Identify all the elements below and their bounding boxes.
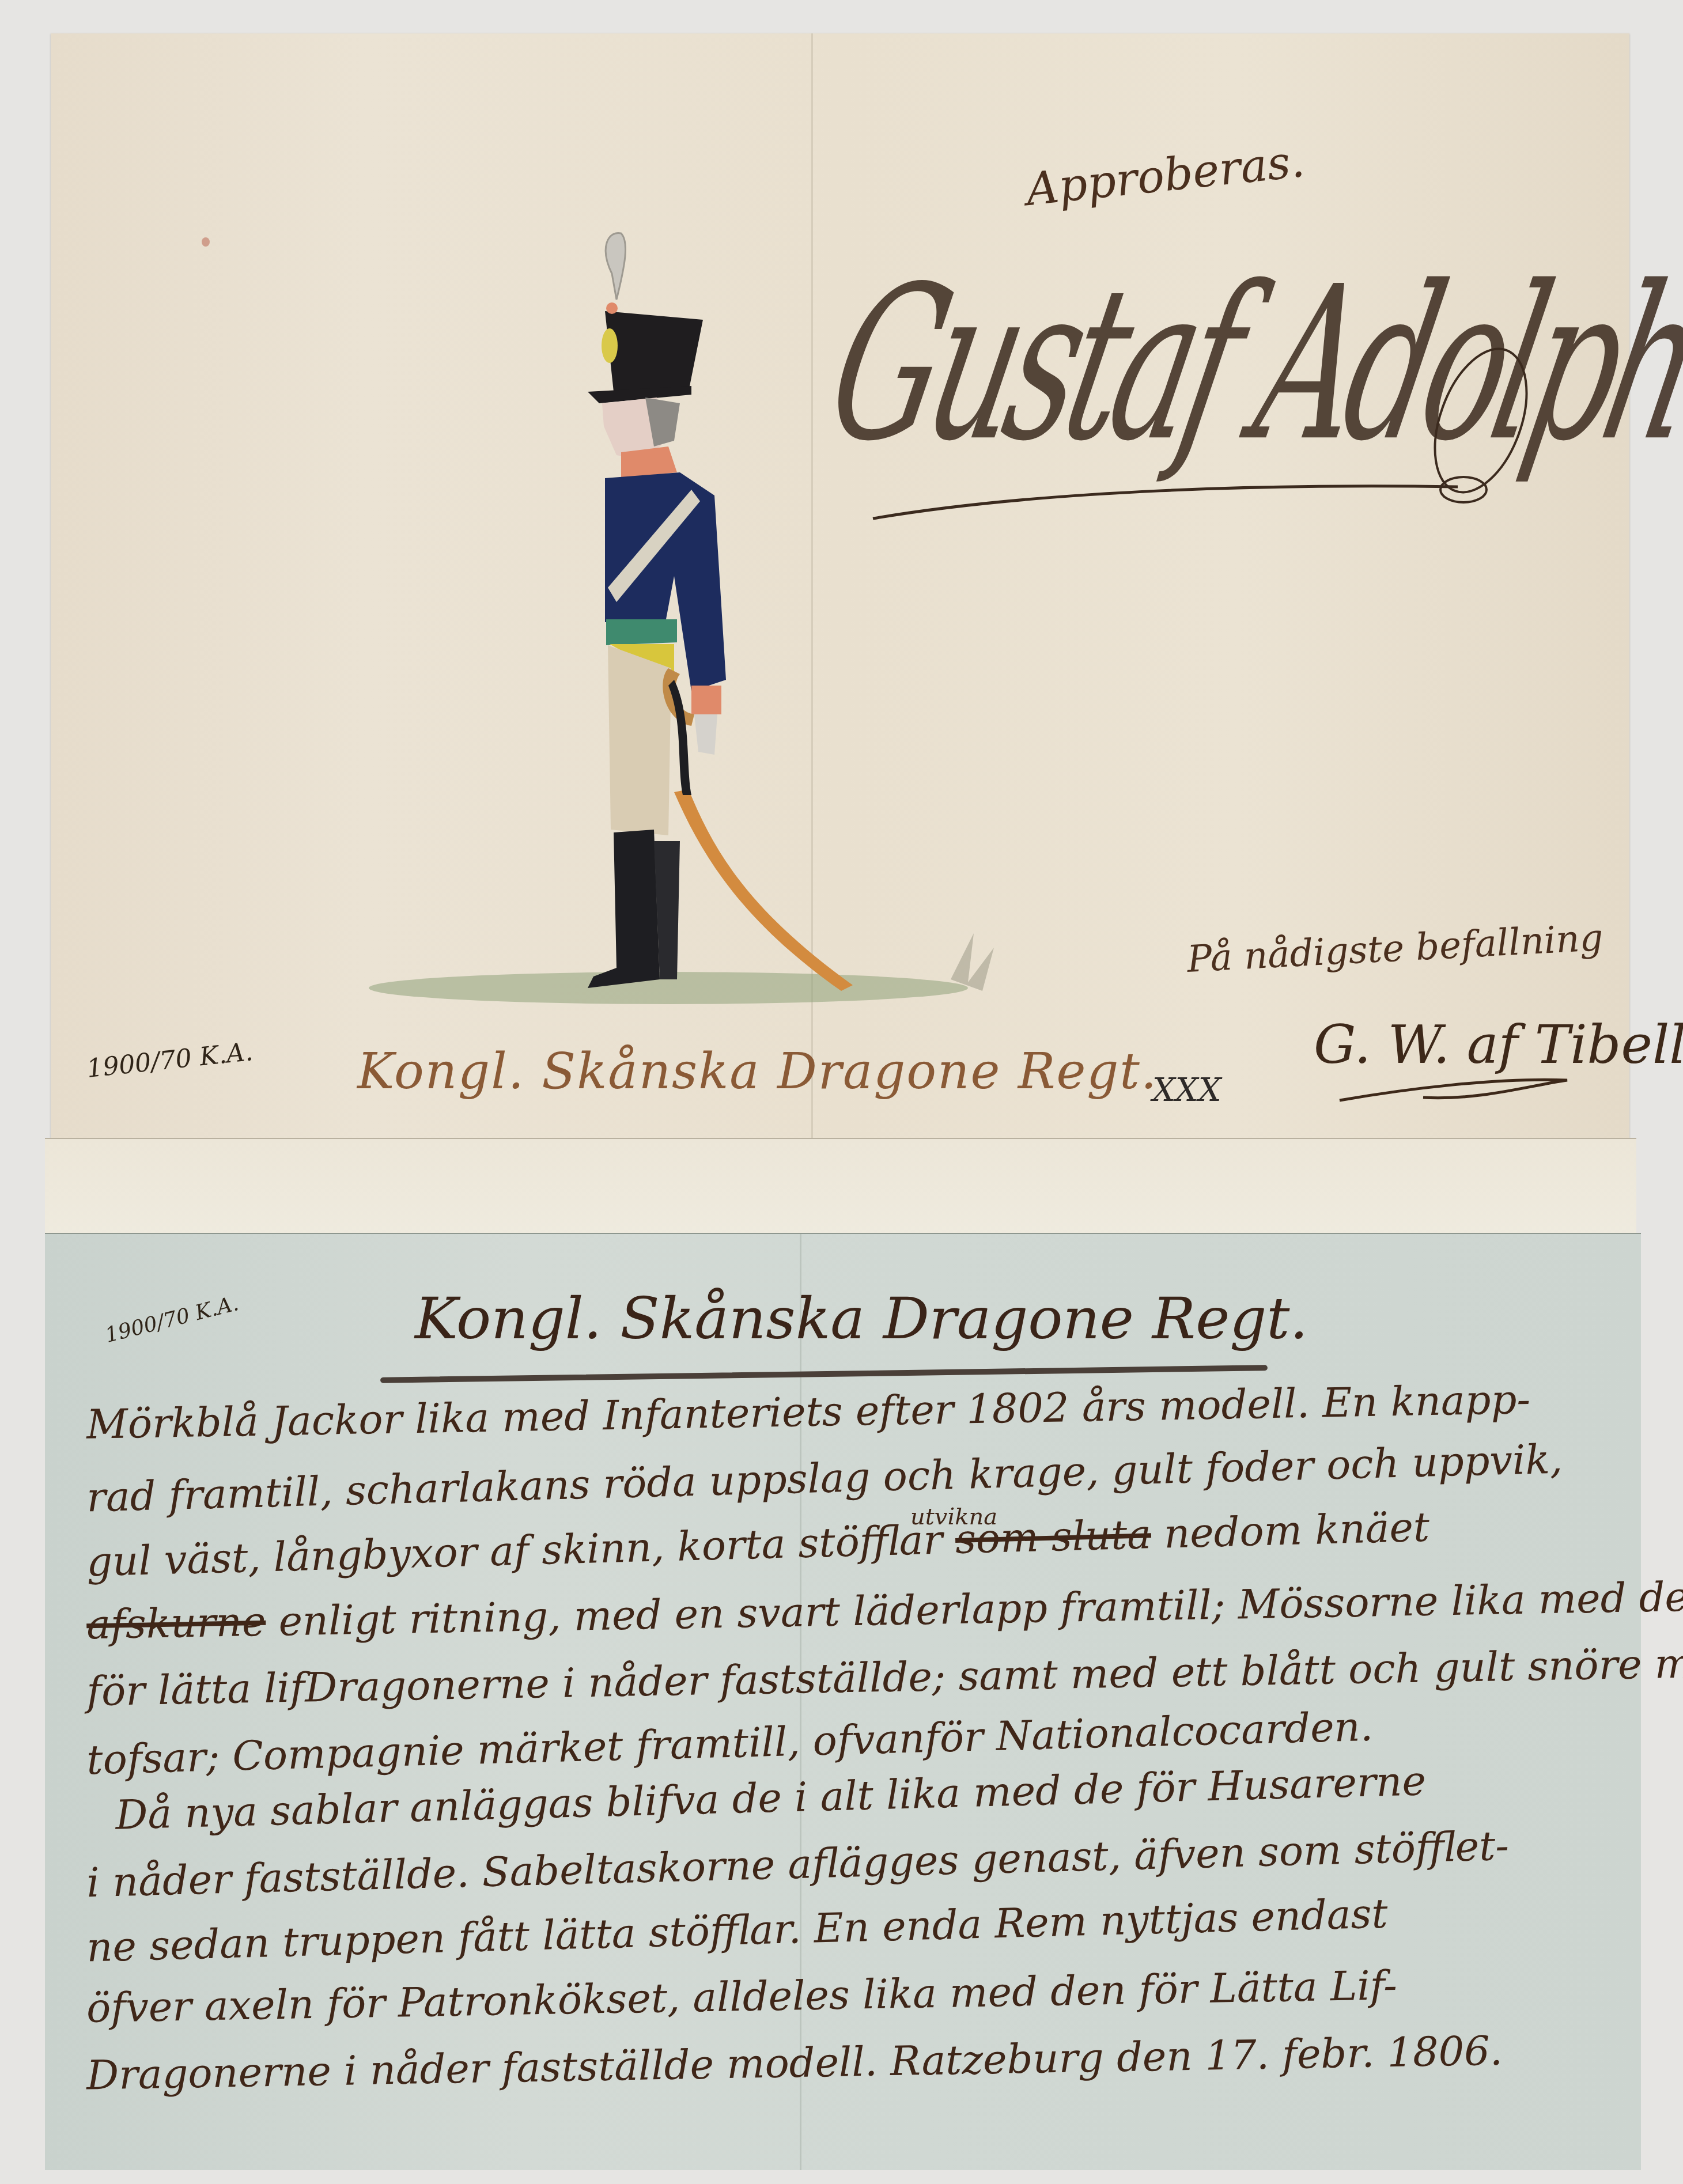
- boots: [588, 830, 660, 988]
- backing-strip: [45, 1138, 1636, 1243]
- inserted-text: utvikna: [910, 1504, 997, 1530]
- illustration-caption: Kongl. Skånska Dragone Regt.: [357, 1043, 1158, 1100]
- hat: [605, 311, 703, 392]
- signature-flourish: [870, 346, 1573, 542]
- countersignature: G. W. af Tibell: [1314, 1014, 1683, 1076]
- sabre-scabbard: [674, 789, 853, 991]
- line-3-tail: nedom knäet: [1163, 1504, 1430, 1558]
- countersignature-flourish: [1337, 1072, 1579, 1106]
- breeches: [608, 645, 671, 835]
- sash: [606, 619, 677, 645]
- stain-mark: [202, 237, 210, 247]
- regulation-title: Kongl. Skånska Dragone Regt.: [415, 1285, 1308, 1352]
- cockade: [602, 328, 618, 363]
- struck-text-2: afskurne: [86, 1598, 266, 1648]
- caption-mark: XXX: [1152, 1072, 1221, 1109]
- plume: [606, 233, 625, 300]
